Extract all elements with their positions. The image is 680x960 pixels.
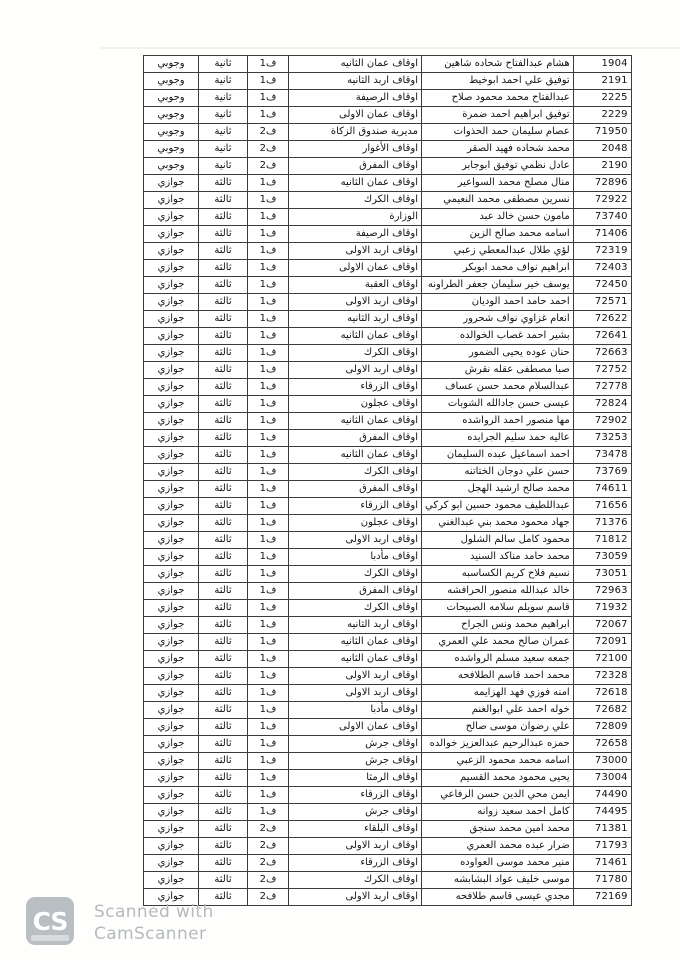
table-row: 72902مها منصور احمد الرواشدهاوقاف عمان ا… (144, 413, 632, 430)
grade-cell: ثالثة (199, 736, 248, 753)
table-row: 71932قاسم سويلم سلامه الصبيحاتاوقاف الكر… (144, 600, 632, 617)
employee-number-cell: 74611 (573, 481, 631, 498)
organization-cell: اوقاف الكرك (289, 192, 422, 209)
table-row: 73051نسيم فلاح كريم الكساسبهاوقاف الكركف… (144, 566, 632, 583)
organization-cell: اوقاف المفرق (289, 481, 422, 498)
table-row: 72328محمد احمد قاسم الطلافحهاوقاف اربد ا… (144, 668, 632, 685)
grade-cell: ثالثة (199, 855, 248, 872)
employee-number-cell: 72663 (573, 345, 631, 362)
employee-name-cell: ابراهيم نواف محمد ابوبكر (422, 260, 574, 277)
organization-cell: اوقاف الرصيفة (289, 226, 422, 243)
class-cell: ف2 (248, 821, 289, 838)
table-row: 73004يحيى محمود محمد القسيماوقاف الرمثاف… (144, 770, 632, 787)
status-cell: جوازي (144, 770, 199, 787)
status-cell: جوازي (144, 515, 199, 532)
organization-cell: اوقاف الكرك (289, 600, 422, 617)
employee-name-cell: حسن علي دوجان الختاتنه (422, 464, 574, 481)
employee-number-cell: 72902 (573, 413, 631, 430)
employee-number-cell: 72450 (573, 277, 631, 294)
status-cell: جوازي (144, 379, 199, 396)
organization-cell: اوقاف اربد الاولى (289, 889, 422, 906)
organization-cell: الوزارة (289, 209, 422, 226)
grade-cell: ثانية (199, 107, 248, 124)
grade-cell: ثالثة (199, 685, 248, 702)
status-cell: جوازي (144, 600, 199, 617)
employee-name-cell: ايمن محي الدين حسن الرفاعي (422, 787, 574, 804)
status-cell: وجوبي (144, 141, 199, 158)
status-cell: وجوبي (144, 73, 199, 90)
status-cell: جوازي (144, 617, 199, 634)
grade-cell: ثانية (199, 124, 248, 141)
employee-number-cell: 72328 (573, 668, 631, 685)
employee-name-cell: موسى خليف عواد البشابشه (422, 872, 574, 889)
organization-cell: اوقاف عمان الاولى (289, 260, 422, 277)
grade-cell: ثالثة (199, 600, 248, 617)
class-cell: ف2 (248, 838, 289, 855)
employee-number-cell: 71406 (573, 226, 631, 243)
status-cell: جوازي (144, 413, 199, 430)
class-cell: ف1 (248, 362, 289, 379)
employee-name-cell: محمود كامل سالم الشلول (422, 532, 574, 549)
employee-name-cell: هشام عبدالفتاح شحاده شاهين (422, 56, 574, 73)
grade-cell: ثانية (199, 141, 248, 158)
employee-name-cell: يحيى محمود محمد القسيم (422, 770, 574, 787)
organization-cell: اوقاف مأدبا (289, 702, 422, 719)
table-row: 72658حمزه عبدالرحيم عبدالعزيز خوالدهاوقا… (144, 736, 632, 753)
employee-name-cell: اسامه محمد محمود الزعبي (422, 753, 574, 770)
organization-cell: اوقاف الزرقاء (289, 787, 422, 804)
table-row: 72618امنه فوزي فهد الهزايمهاوقاف اربد ال… (144, 685, 632, 702)
employee-name-cell: انعام غزاوي نواف شحرور (422, 311, 574, 328)
employee-number-cell: 72963 (573, 583, 631, 600)
organization-cell: اوقاف الزرقاء (289, 855, 422, 872)
employee-name-cell: ابراهيم محمد ونس الجراح (422, 617, 574, 634)
grade-cell: ثالثة (199, 430, 248, 447)
class-cell: ف1 (248, 260, 289, 277)
class-cell: ف1 (248, 804, 289, 821)
class-cell: ف1 (248, 464, 289, 481)
status-cell: جوازي (144, 481, 199, 498)
class-cell: ف1 (248, 90, 289, 107)
grade-cell: ثالثة (199, 787, 248, 804)
employee-name-cell: منير محمد موسى العواوده (422, 855, 574, 872)
grade-cell: ثالثة (199, 549, 248, 566)
organization-cell: اوقاف الرصيفة (289, 90, 422, 107)
camscanner-logo-icon: CS (26, 897, 74, 945)
employee-number-cell: 72778 (573, 379, 631, 396)
class-cell: ف1 (248, 396, 289, 413)
organization-cell: اوقاف المفرق (289, 158, 422, 175)
employee-number-cell: 71381 (573, 821, 631, 838)
class-cell: ف1 (248, 634, 289, 651)
status-cell: جوازي (144, 821, 199, 838)
grade-cell: ثالثة (199, 260, 248, 277)
grade-cell: ثالثة (199, 175, 248, 192)
grade-cell: ثالثة (199, 362, 248, 379)
organization-cell: اوقاف الزرقاء (289, 379, 422, 396)
table-row: 2229توفيق ابراهيم احمد ضمرةاوقاف عمان ال… (144, 107, 632, 124)
status-cell: جوازي (144, 532, 199, 549)
organization-cell: اوقاف الكرك (289, 464, 422, 481)
class-cell: ف2 (248, 124, 289, 141)
status-cell: جوازي (144, 855, 199, 872)
grade-cell: ثالثة (199, 651, 248, 668)
employee-name-cell: حنان عوده يحيى الضمور (422, 345, 574, 362)
camscanner-caption-line1: Scanned with (94, 901, 214, 923)
status-cell: جوازي (144, 175, 199, 192)
employee-number-cell: 71950 (573, 124, 631, 141)
grade-cell: ثالثة (199, 498, 248, 515)
employee-number-cell: 2190 (573, 158, 631, 175)
grade-cell: ثالثة (199, 583, 248, 600)
grade-cell: ثالثة (199, 838, 248, 855)
class-cell: ف1 (248, 600, 289, 617)
class-cell: ف1 (248, 209, 289, 226)
employee-name-cell: محمد حامد مناكد السنيد (422, 549, 574, 566)
class-cell: ف1 (248, 328, 289, 345)
employee-name-cell: صبا مصطفى عقله نقرش (422, 362, 574, 379)
employee-name-cell: جمعه سعيد مسلم الرواشده (422, 651, 574, 668)
table-row: 71950عصام سليمان حمد الحذواتمديرية صندوق… (144, 124, 632, 141)
organization-cell: اوقاف الكرك (289, 566, 422, 583)
table-row: 1904هشام عبدالفتاح شحاده شاهيناوقاف عمان… (144, 56, 632, 73)
status-cell: جوازي (144, 226, 199, 243)
organization-cell: اوقاف عجلون (289, 515, 422, 532)
class-cell: ف1 (248, 413, 289, 430)
organization-cell: اوقاف اربد الاولى (289, 362, 422, 379)
organization-cell: اوقاف المفرق (289, 583, 422, 600)
organization-cell: اوقاف الرمثا (289, 770, 422, 787)
status-cell: جوازي (144, 192, 199, 209)
employee-number-cell: 72752 (573, 362, 631, 379)
class-cell: ف2 (248, 889, 289, 906)
employee-name-cell: يوسف خير سليمان جعفر الطراونه (422, 277, 574, 294)
grade-cell: ثالثة (199, 413, 248, 430)
organization-cell: اوقاف الأغوار (289, 141, 422, 158)
employee-name-cell: خالد عبدالله منصور الحرافشه (422, 583, 574, 600)
employee-name-cell: عاليه حمد سليم الجرايده (422, 430, 574, 447)
employee-number-cell: 2048 (573, 141, 631, 158)
employee-number-cell: 73478 (573, 447, 631, 464)
class-cell: ف2 (248, 872, 289, 889)
status-cell: جوازي (144, 566, 199, 583)
grade-cell: ثالثة (199, 532, 248, 549)
organization-cell: اوقاف اربد الاولى (289, 685, 422, 702)
employee-number-cell: 71932 (573, 600, 631, 617)
employee-name-cell: علي رضوان موسى صالح (422, 719, 574, 736)
employee-number-cell: 2229 (573, 107, 631, 124)
table-row: 71793ضرار عبده محمد العمرياوقاف اربد الا… (144, 838, 632, 855)
organization-cell: اوقاف اربد الثانيه (289, 73, 422, 90)
employee-name-cell: عيسى حسن جادالله الشوبات (422, 396, 574, 413)
employee-number-cell: 73000 (573, 753, 631, 770)
table-row: 72663حنان عوده يحيى الضموراوقاف الكركف1ث… (144, 345, 632, 362)
status-cell: وجوبي (144, 90, 199, 107)
organization-cell: اوقاف الكرك (289, 345, 422, 362)
status-cell: جوازي (144, 464, 199, 481)
grade-cell: ثالثة (199, 719, 248, 736)
employee-number-cell: 72641 (573, 328, 631, 345)
class-cell: ف1 (248, 668, 289, 685)
employee-number-cell: 74495 (573, 804, 631, 821)
employee-number-cell: 74490 (573, 787, 631, 804)
camscanner-caption-line2: CamScanner (94, 923, 214, 945)
class-cell: ف1 (248, 719, 289, 736)
organization-cell: اوقاف اربد الاولى (289, 668, 422, 685)
table-row: 72169مجدي عيسى قاسم طلافحهاوقاف اربد الا… (144, 889, 632, 906)
organization-cell: اوقاف جرش (289, 753, 422, 770)
status-cell: جوازي (144, 294, 199, 311)
table-row: 72809علي رضوان موسى صالحاوقاف عمان الاول… (144, 719, 632, 736)
class-cell: ف1 (248, 770, 289, 787)
status-cell: جوازي (144, 396, 199, 413)
class-cell: ف1 (248, 311, 289, 328)
employee-number-cell: 72809 (573, 719, 631, 736)
organization-cell: اوقاف اربد الاولى (289, 838, 422, 855)
employee-number-cell: 72682 (573, 702, 631, 719)
grade-cell: ثالثة (199, 294, 248, 311)
status-cell: جوازي (144, 328, 199, 345)
class-cell: ف1 (248, 107, 289, 124)
grade-cell: ثالثة (199, 481, 248, 498)
status-cell: جوازي (144, 498, 199, 515)
scan-artifact-streak (100, 47, 680, 49)
grade-cell: ثانية (199, 90, 248, 107)
status-cell: جوازي (144, 668, 199, 685)
class-cell: ف1 (248, 481, 289, 498)
employee-name-cell: بشير احمد غصاب الخوالده (422, 328, 574, 345)
employee-name-cell: محمد صالح ارشيد الهجل (422, 481, 574, 498)
grade-cell: ثالثة (199, 226, 248, 243)
status-cell: وجوبي (144, 56, 199, 73)
class-cell: ف1 (248, 56, 289, 73)
class-cell: ف1 (248, 294, 289, 311)
table-row: 72824عيسى حسن جادالله الشوباتاوقاف عجلون… (144, 396, 632, 413)
table-row: 71812محمود كامل سالم الشلولاوقاف اربد ال… (144, 532, 632, 549)
grade-cell: ثالثة (199, 821, 248, 838)
employee-number-cell: 73051 (573, 566, 631, 583)
class-cell: ف1 (248, 226, 289, 243)
table-row: 72778عبدالسلام محمد حسن عسافاوقاف الزرقا… (144, 379, 632, 396)
status-cell: جوازي (144, 838, 199, 855)
employee-name-cell: نسيم فلاح كريم الكساسبه (422, 566, 574, 583)
table-row: 72067ابراهيم محمد ونس الجراحاوقاف اربد ا… (144, 617, 632, 634)
status-cell: جوازي (144, 311, 199, 328)
class-cell: ف1 (248, 736, 289, 753)
employee-name-cell: مها منصور احمد الرواشده (422, 413, 574, 430)
status-cell: جوازي (144, 787, 199, 804)
status-cell: جوازي (144, 702, 199, 719)
status-cell: جوازي (144, 362, 199, 379)
table-row: 71780موسى خليف عواد البشابشهاوقاف الكركف… (144, 872, 632, 889)
organization-cell: اوقاف العقبة (289, 277, 422, 294)
employee-name-cell: توفيق ابراهيم احمد ضمرة (422, 107, 574, 124)
class-cell: ف1 (248, 277, 289, 294)
camscanner-logo-text: CS (33, 907, 68, 936)
status-cell: جوازي (144, 549, 199, 566)
employee-number-cell: 71656 (573, 498, 631, 515)
table-row: 72319لؤي طلال عبدالمعطي زعبياوقاف اربد ا… (144, 243, 632, 260)
employee-number-cell: 71780 (573, 872, 631, 889)
grade-cell: ثالثة (199, 634, 248, 651)
status-cell: جوازي (144, 209, 199, 226)
employee-name-cell: محمد احمد قاسم الطلافحه (422, 668, 574, 685)
table-row: 2225عبدالفتاح محمد محمود صلاحاوقاف الرصي… (144, 90, 632, 107)
class-cell: ف2 (248, 141, 289, 158)
table-row: 73000اسامه محمد محمود الزعبياوقاف جرشف1ث… (144, 753, 632, 770)
employee-number-cell: 72896 (573, 175, 631, 192)
class-cell: ف1 (248, 73, 289, 90)
employee-number-cell: 72922 (573, 192, 631, 209)
table-row: 71656عبداللطيف محمود حسين ابو كركياوقاف … (144, 498, 632, 515)
organization-cell: اوقاف المفرق (289, 430, 422, 447)
organization-cell: اوقاف اربد الثانيه (289, 617, 422, 634)
employee-name-cell: عمران صالح محمد علي العمري (422, 634, 574, 651)
class-cell: ف2 (248, 158, 289, 175)
class-cell: ف1 (248, 192, 289, 209)
class-cell: ف1 (248, 702, 289, 719)
grade-cell: ثالثة (199, 668, 248, 685)
status-cell: وجوبي (144, 124, 199, 141)
employee-name-cell: حمزه عبدالرحيم عبدالعزيز خوالده (422, 736, 574, 753)
employee-number-cell: 73059 (573, 549, 631, 566)
table-row: 72896منال مصلح محمد السواعيراوقاف عمان ا… (144, 175, 632, 192)
organization-cell: اوقاف جرش (289, 736, 422, 753)
organization-cell: اوقاف البلقاء (289, 821, 422, 838)
class-cell: ف1 (248, 753, 289, 770)
grade-cell: ثالثة (199, 702, 248, 719)
employee-number-cell: 72100 (573, 651, 631, 668)
status-cell: جوازي (144, 430, 199, 447)
class-cell: ف1 (248, 617, 289, 634)
table-row: 73253عاليه حمد سليم الجرايدهاوقاف المفرق… (144, 430, 632, 447)
grade-cell: ثالثة (199, 770, 248, 787)
status-cell: جوازي (144, 651, 199, 668)
employee-name-cell: عبدالفتاح محمد محمود صلاح (422, 90, 574, 107)
table-row: 72091عمران صالح محمد علي العمرياوقاف عما… (144, 634, 632, 651)
employee-name-cell: جهاد محمود محمد بني عبدالغني (422, 515, 574, 532)
employee-number-cell: 73769 (573, 464, 631, 481)
grade-cell: ثانية (199, 158, 248, 175)
table-row: 72450يوسف خير سليمان جعفر الطراونهاوقاف … (144, 277, 632, 294)
organization-cell: اوقاف عمان الثانيه (289, 328, 422, 345)
scanned-page: 1904هشام عبدالفتاح شحاده شاهيناوقاف عمان… (0, 0, 680, 960)
organization-cell: مديرية صندوق الزكاة (289, 124, 422, 141)
table-row: 72752صبا مصطفى عقله نقرشاوقاف اربد الاول… (144, 362, 632, 379)
employee-name-cell: لؤي طلال عبدالمعطي زعبي (422, 243, 574, 260)
grade-cell: ثانية (199, 73, 248, 90)
organization-cell: اوقاف اربد الاولى (289, 294, 422, 311)
table-row: 2190عادل نظمي توفيق ابوجابراوقاف المفرقف… (144, 158, 632, 175)
grade-cell: ثالثة (199, 566, 248, 583)
organization-cell: اوقاف عجلون (289, 396, 422, 413)
class-cell: ف1 (248, 651, 289, 668)
class-cell: ف1 (248, 345, 289, 362)
organization-cell: اوقاف عمان الاولى (289, 719, 422, 736)
organization-cell: اوقاف عمان الثانيه (289, 651, 422, 668)
table-row: 72571احمد حامد احمد الودياناوقاف اربد ال… (144, 294, 632, 311)
employee-name-cell: محمد امين محمد سنجق (422, 821, 574, 838)
employee-name-cell: عبدالسلام محمد حسن عساف (422, 379, 574, 396)
table-row: 72622انعام غزاوي نواف شحروراوقاف اربد ال… (144, 311, 632, 328)
class-cell: ف1 (248, 549, 289, 566)
class-cell: ف1 (248, 583, 289, 600)
employee-number-cell: 2191 (573, 73, 631, 90)
table-row: 73478احمد اسماعيل عبده السليماناوقاف عما… (144, 447, 632, 464)
employee-number-cell: 73253 (573, 430, 631, 447)
table-row: 72641بشير احمد غصاب الخوالدهاوقاف عمان ا… (144, 328, 632, 345)
employee-number-cell: 71461 (573, 855, 631, 872)
table-row: 72963خالد عبدالله منصور الحرافشهاوقاف ال… (144, 583, 632, 600)
table-row: 71381محمد امين محمد سنجقاوقاف البلقاءف2ث… (144, 821, 632, 838)
camscanner-caption: Scanned with CamScanner (94, 901, 214, 945)
organization-cell: اوقاف عمان الثانيه (289, 447, 422, 464)
table-row: 74611محمد صالح ارشيد الهجلاوقاف المفرقف1… (144, 481, 632, 498)
grade-cell: ثالثة (199, 379, 248, 396)
employee-number-cell: 71376 (573, 515, 631, 532)
grade-cell: ثالثة (199, 328, 248, 345)
class-cell: ف1 (248, 685, 289, 702)
organization-cell: اوقاف عمان الثانيه (289, 175, 422, 192)
status-cell: جوازي (144, 583, 199, 600)
employee-number-cell: 71793 (573, 838, 631, 855)
table-row: 71406اسامه محمد صالح الزيناوقاف الرصيفةف… (144, 226, 632, 243)
class-cell: ف2 (248, 855, 289, 872)
grade-cell: ثالثة (199, 277, 248, 294)
grade-cell: ثالثة (199, 515, 248, 532)
class-cell: ف1 (248, 498, 289, 515)
employee-number-cell: 72091 (573, 634, 631, 651)
status-cell: جوازي (144, 634, 199, 651)
table-row: 2048محمد شحاده فهيد الصقراوقاف الأغوارف2… (144, 141, 632, 158)
table-row: 73769حسن علي دوجان الختاتنهاوقاف الكركف1… (144, 464, 632, 481)
employee-name-cell: عصام سليمان حمد الحذوات (422, 124, 574, 141)
employee-number-cell: 71812 (573, 532, 631, 549)
employee-number-cell: 72618 (573, 685, 631, 702)
organization-cell: اوقاف مأدبا (289, 549, 422, 566)
grade-cell: ثالثة (199, 311, 248, 328)
employee-number-cell: 73004 (573, 770, 631, 787)
employee-number-cell: 72658 (573, 736, 631, 753)
organization-cell: اوقاف اربد الاولى (289, 243, 422, 260)
organization-cell: اوقاف اربد الاولى (289, 532, 422, 549)
status-cell: جوازي (144, 243, 199, 260)
employee-number-cell: 72169 (573, 889, 631, 906)
class-cell: ف1 (248, 379, 289, 396)
employee-name-cell: خوله احمد علي ابوالغنم (422, 702, 574, 719)
grade-cell: ثالثة (199, 345, 248, 362)
class-cell: ف1 (248, 243, 289, 260)
grade-cell: ثالثة (199, 753, 248, 770)
table-row: 2191توفيق علي احمد ابوخيطاوقاف اربد الثا… (144, 73, 632, 90)
employee-name-cell: عبداللطيف محمود حسين ابو كركي (422, 498, 574, 515)
status-cell: وجوبي (144, 158, 199, 175)
class-cell: ف1 (248, 175, 289, 192)
organization-cell: اوقاف الزرقاء (289, 498, 422, 515)
status-cell: جوازي (144, 753, 199, 770)
table-row: 72682خوله احمد علي ابوالغنماوقاف مأدباف1… (144, 702, 632, 719)
table-row: 71461منير محمد موسى العواودهاوقاف الزرقا… (144, 855, 632, 872)
grade-cell: ثالثة (199, 209, 248, 226)
employee-name-cell: مجدي عيسى قاسم طلافحه (422, 889, 574, 906)
employee-number-cell: 72571 (573, 294, 631, 311)
table-row: 73059محمد حامد مناكد السنيداوقاف مأدباف1… (144, 549, 632, 566)
class-cell: ف1 (248, 787, 289, 804)
class-cell: ف1 (248, 532, 289, 549)
table-row: 72403ابراهيم نواف محمد ابوبكراوقاف عمان … (144, 260, 632, 277)
employee-number-cell: 1904 (573, 56, 631, 73)
grade-cell: ثالثة (199, 192, 248, 209)
